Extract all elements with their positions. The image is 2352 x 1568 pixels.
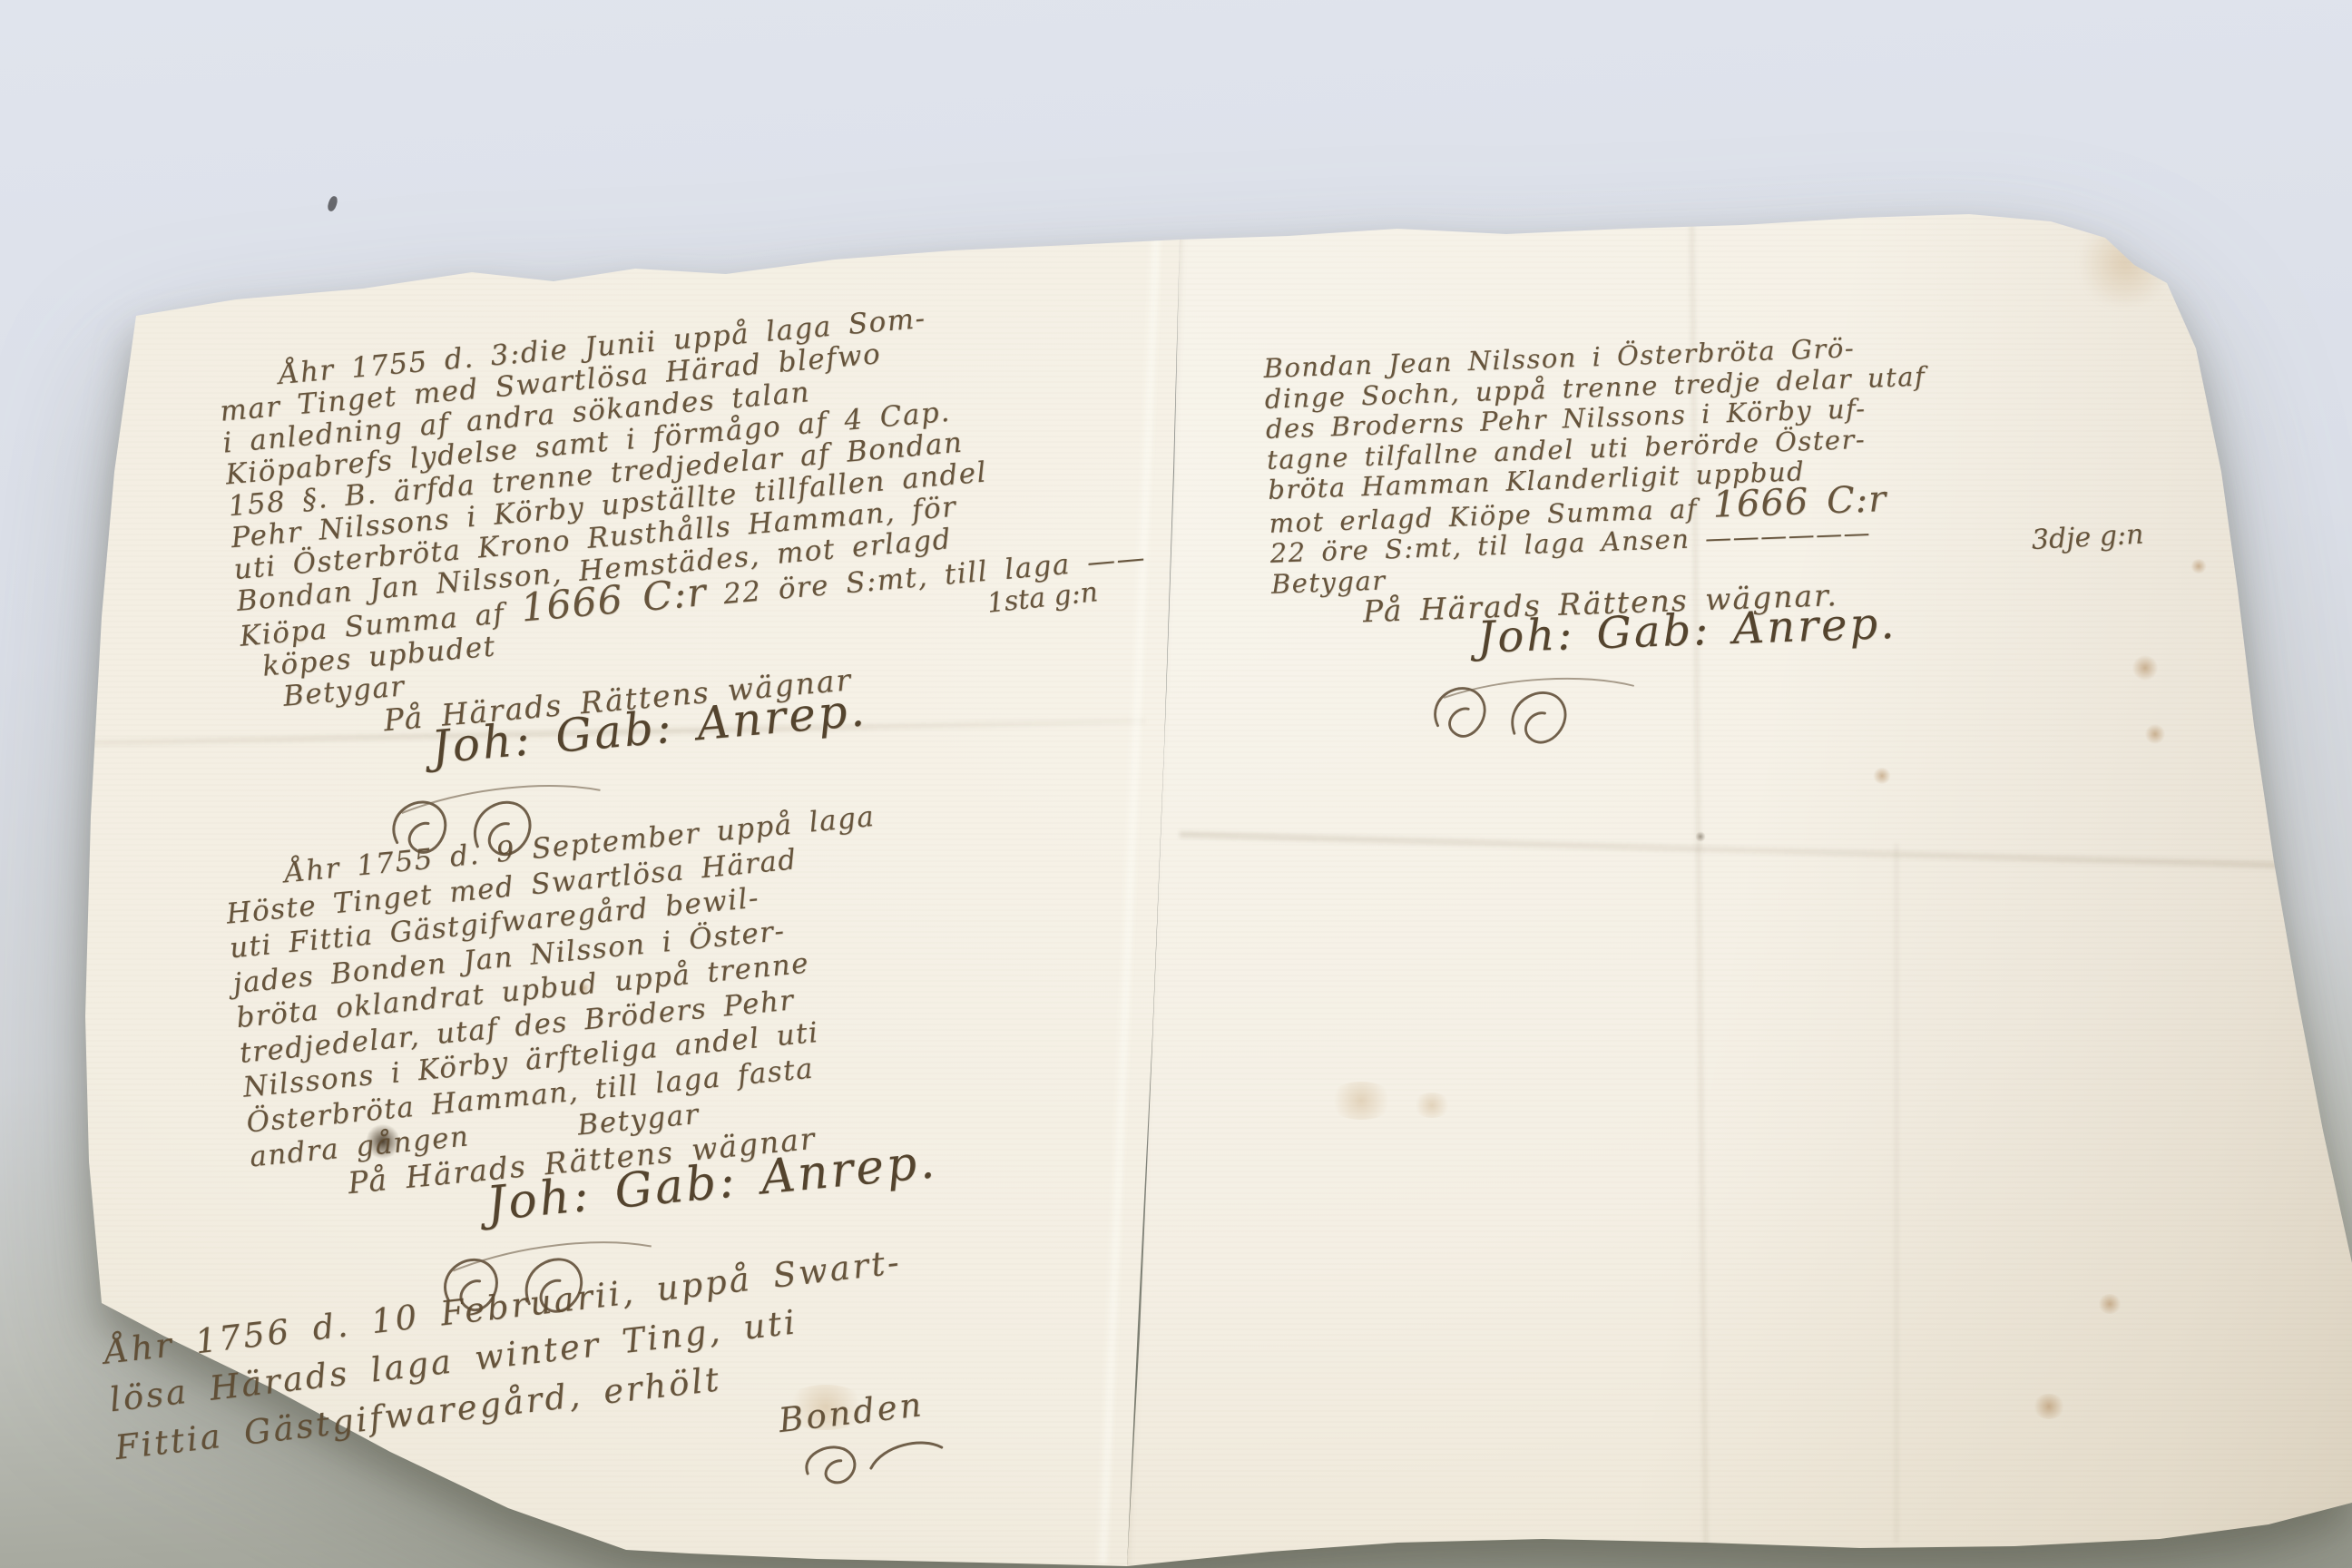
torn-corner-stain: [2074, 221, 2176, 305]
horizontal-crease-right: [1180, 831, 2350, 870]
foxing-stain: [2033, 1394, 2065, 1419]
photograph: Åhr 1755 d. 3:die Junii uppå laga Som- m…: [0, 0, 2352, 1568]
water-stain: [1327, 1082, 1396, 1120]
court-record-entry-june-1755: Åhr 1755 d. 3:die Junii uppå laga Som- m…: [216, 283, 1183, 779]
court-record-entry-third-upbud: Bondan Jean Nilsson i Österbröta Grö- di…: [1263, 321, 2199, 660]
foxing-stain: [2132, 655, 2158, 681]
water-stain: [1412, 1093, 1452, 1118]
signature-flourish: [1424, 664, 1645, 767]
ink-speck: [1695, 831, 1706, 842]
foxing-stain: [2098, 1294, 2122, 1314]
foxing-stain: [1873, 768, 1891, 784]
vertical-crease-right-2: [1895, 844, 1898, 1543]
foxing-stain: [2145, 724, 2165, 744]
third-upbud-marginal: 3dje g:n: [2031, 519, 2144, 556]
